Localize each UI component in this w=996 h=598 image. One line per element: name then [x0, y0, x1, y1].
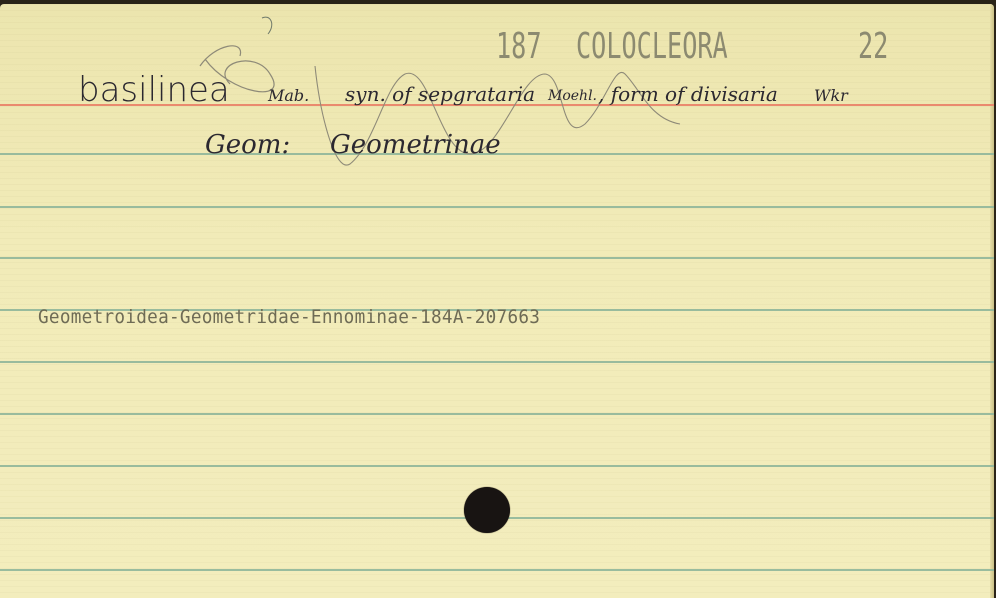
typed-classification: Geometroidea-Geometridae-Ennominae-184A-… [38, 306, 540, 328]
index-card: 187 COLOCLEORA 22 basilinea Mab. syn. of… [0, 4, 994, 598]
card-sequence: 22 [858, 26, 888, 67]
genus-stamp: COLOCLEORA [576, 26, 728, 67]
species-author: Mab. [268, 86, 309, 105]
subfamily-name: Geometrinae [330, 130, 501, 160]
species-name: basilinea [78, 70, 230, 110]
synonym-author: Moehl. [548, 88, 597, 104]
form-note: , form of divisaria [598, 82, 778, 106]
punch-hole [464, 487, 510, 533]
card-number: 187 [496, 26, 542, 67]
family-label: Geom: [205, 130, 290, 160]
form-author: Wkr [814, 86, 848, 105]
synonym-note: syn. of sepgrataria [345, 82, 535, 106]
